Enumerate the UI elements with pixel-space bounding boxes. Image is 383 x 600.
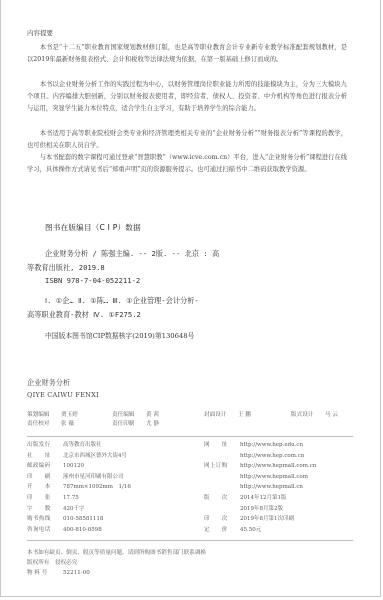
info-row: 印 刷涿州市星河印刷有限公司 [27, 472, 131, 483]
cip-isbn: ISBN 978-7-04-052211-2 [45, 276, 140, 285]
summary-paragraph-1: 本书是“十二五”职业教育国家规划教材修订版，也是高等职业教育会计专业新专业教学标… [27, 42, 347, 66]
cip-heading: 图书在版编目（C I P）数据 [45, 222, 141, 233]
info-row: 邮政编码100120 [27, 461, 131, 472]
copyright-page: 内容提要 本书是“十二五”职业教育国家规划教材修订版，也是高等职业教育会计专业新… [0, 0, 381, 597]
info-row: 印 张17.75 [27, 493, 131, 504]
cip-line-4: Ⅰ. ①企… Ⅱ. ①陈… Ⅲ. ①企业管理-会计分析- [45, 296, 199, 306]
cip-line-1: 企业财务分析 / 陈强主编. -- 2版. -- 北京 : 高 [45, 249, 219, 259]
info-row: http://www.hepmall.cn [204, 482, 316, 493]
credit-responsible-editor: 责任编辑黄 茜 [112, 410, 159, 418]
credit-proofreader: 责任校对张 薇 [27, 419, 74, 427]
credit-cover-design: 封面设计王 鹏 [204, 410, 251, 418]
quality-notice: 本书如有缺页、倒页、脱页等质量问题，请到所购图书销售部门联系调换 [27, 548, 206, 556]
cip-line-2: 等教育出版社, 2019.8 [27, 263, 105, 273]
credit-planning-editor: 策划编辑贾玉婷 [27, 410, 78, 418]
info-row: 咨询电话400-810-0598 [27, 525, 131, 536]
copyright-notice: 版权所有 侵权必究 [27, 558, 77, 566]
divider-top [27, 436, 353, 437]
cip-record-number: 中国版本图书馆CIP数据核字(2019)第130648号 [45, 330, 194, 340]
info-row: 定 价45.50元 [204, 525, 316, 536]
info-row: http://www.hepmall.com [204, 472, 316, 483]
info-row: 出版发行高等教育出版社 [27, 440, 131, 451]
publication-info-right: 网 址http://www.hep.edu.cn http://www.hep.… [204, 440, 316, 535]
info-row: 版 次2014年12月第1版 [204, 493, 316, 504]
book-title-pinyin: QIYE CAIWU FENXI [27, 391, 99, 399]
info-row: 字 数420千字 [27, 504, 131, 515]
summary-heading: 内容提要 [27, 28, 53, 37]
material-number: 物 料 号52211-00 [27, 568, 90, 576]
info-row: 购书热线010-58581118 [27, 514, 131, 525]
info-row: 2019年8月第2版 [204, 504, 316, 515]
info-row: http://www.hep.com.cn [204, 451, 316, 462]
summary-paragraph-4: 与本书配套的数字课程可通过登录“智慧职教”（www.icve.com.cn）平台… [27, 152, 347, 176]
info-row: 开 本787mm×1092mm 1/16 [27, 482, 131, 493]
credit-layout-design: 版式设计马 云 [291, 410, 338, 418]
divider-bottom [27, 540, 353, 541]
summary-paragraph-2: 本书以企业财务分析工作的实践过程为中心，以财务管理岗位职业能力所需的技能模块为主… [27, 79, 347, 116]
info-row: 社 址北京市西城区德外大街4号 [27, 451, 131, 462]
info-row: 网上订购http://www.hepmall.com.cn [204, 461, 316, 472]
summary-paragraph-3: 本书适用于高等职业院校财会类专业和经济管理类相关专业的“企业财务分析”“财务报表… [27, 128, 347, 152]
info-row: 印 次2019年8月第1次印刷 [204, 514, 316, 525]
cip-line-5: 高等职业教育-教材 Ⅳ. ①F275.2 [27, 310, 141, 320]
publication-info-left: 出版发行高等教育出版社 社 址北京市西城区德外大街4号 邮政编码100120 印… [27, 440, 131, 535]
credit-print-manager: 责任印制尤 静 [112, 419, 159, 427]
info-row: 网 址http://www.hep.edu.cn [204, 440, 316, 451]
book-title-chinese: 企业财务分析 [27, 378, 70, 388]
